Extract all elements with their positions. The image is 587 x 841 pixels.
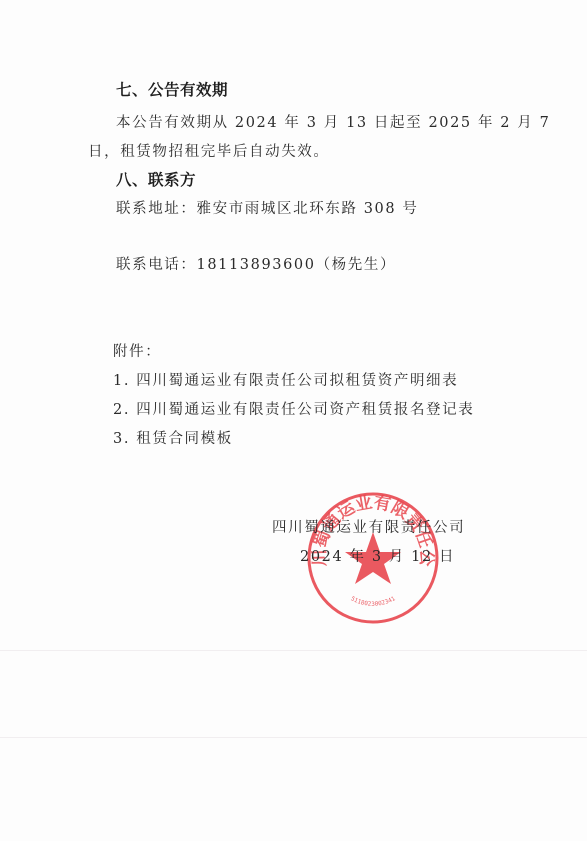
- document-page: 七、公告有效期 本公告有效期从 2024 年 3 月 13 日起至 2025 年…: [0, 0, 587, 841]
- contact-phone: 联系电话：18113893600（杨先生）: [116, 253, 396, 274]
- attachments-label: 附件：: [113, 340, 161, 361]
- svg-text:5118023002341: 5118023002341: [349, 595, 396, 608]
- contact-address: 联系地址：雅安市雨城区北环东路 308 号: [116, 197, 419, 218]
- attachment-item: 1. 四川蜀通运业有限责任公司拟租赁资产明细表: [113, 369, 458, 390]
- section-7-heading: 七、公告有效期: [116, 78, 228, 100]
- signature-company: 四川蜀通运业有限责任公司: [272, 516, 465, 537]
- attachment-item: 3. 租赁合同模板: [113, 427, 233, 448]
- signature-date: 2024 年 3 月 12 日: [300, 545, 455, 566]
- section-7-line-1: 本公告有效期从 2024 年 3 月 13 日起至 2025 年 2 月 7: [116, 111, 550, 132]
- attachment-item: 2. 四川蜀通运业有限责任公司资产租赁报名登记表: [113, 398, 474, 419]
- section-7-line-2: 日，租赁物招租完毕后自动失效。: [88, 140, 330, 161]
- scan-artifact-line: [0, 650, 587, 651]
- section-8-heading: 八、联系方: [116, 168, 196, 190]
- scan-artifact-line: [0, 737, 587, 738]
